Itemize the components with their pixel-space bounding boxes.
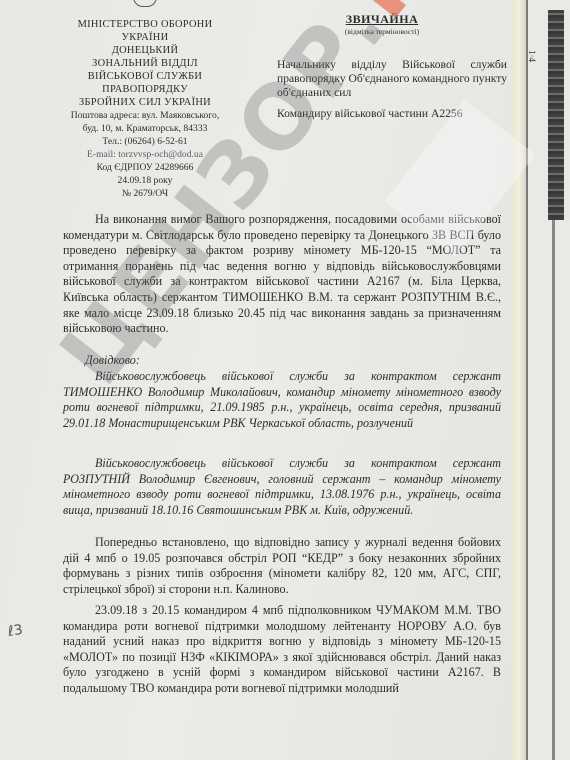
- sender-phone: Тел.: (06264) 6-52-61: [50, 135, 240, 148]
- sender-line: ЗБРОЙНИХ СИЛ УКРАЇНИ: [50, 96, 240, 109]
- side-mark: 1·4: [527, 50, 537, 62]
- sender-line: УКРАЇНИ: [50, 31, 240, 44]
- addressee-second: Командиру військової частини А2256: [277, 107, 507, 120]
- sender-line: МІНІСТЕРСТВО ОБОРОНИ: [50, 18, 240, 31]
- reference-paragraph-1: Військовослужбовець військової служби за…: [63, 369, 501, 431]
- document-number: № 2679/ОЧ: [50, 187, 240, 200]
- sender-address: Поштова адреса: вул. Маяковського,: [50, 109, 240, 122]
- sender-line: ПРАВОПОРЯДКУ: [50, 83, 240, 96]
- binder-edge: [548, 10, 564, 220]
- sender-block: МІНІСТЕРСТВО ОБОРОНИ УКРАЇНИ ДОНЕЦЬКИЙ З…: [50, 18, 240, 200]
- urgency-label: ЗВИЧАЙНА: [257, 12, 507, 27]
- body-paragraph-2: Попередньо встановлено, що відповідно за…: [63, 535, 501, 597]
- handwritten-margin-note: ℓ3: [7, 622, 24, 640]
- document-page: МІНІСТЕРСТВО ОБОРОНИ УКРАЇНИ ДОНЕЦЬКИЙ З…: [0, 0, 518, 760]
- sender-line: ДОНЕЦЬКИЙ: [50, 44, 240, 57]
- sender-address: буд. 10, м. Краматорськ, 84333: [50, 122, 240, 135]
- page-edge-line: [526, 0, 528, 760]
- reference-label: Довідково:: [63, 353, 501, 369]
- document-date: 24.09.18 року: [50, 174, 240, 187]
- sender-edrpou: Код ЄДРПОУ 24289666: [50, 161, 240, 174]
- page-edge: [512, 0, 526, 760]
- urgency-note: (відмітка терміновості): [257, 27, 507, 36]
- reference-paragraph-2: Військовослужбовець військової служби за…: [63, 456, 501, 518]
- addressee-first: Начальнику відділу Військової служби пра…: [277, 58, 507, 99]
- sender-email: E-mail: torzvvsp-och@dod.ua: [50, 148, 240, 161]
- coat-of-arms-icon: [133, 0, 157, 7]
- sender-line: ЗОНАЛЬНИЙ ВІДДІЛ: [50, 57, 240, 70]
- body-paragraph-1: На виконання вимог Вашого розпорядження,…: [63, 212, 501, 337]
- recipient-block: ЗВИЧАЙНА (відмітка терміновості) Начальн…: [277, 12, 507, 120]
- body-paragraph-3: 23.09.18 з 20.15 командиром 4 мпб підпол…: [63, 603, 501, 697]
- binder-line: [552, 220, 555, 760]
- sender-line: ВІЙСЬКОВОЇ СЛУЖБИ: [50, 70, 240, 83]
